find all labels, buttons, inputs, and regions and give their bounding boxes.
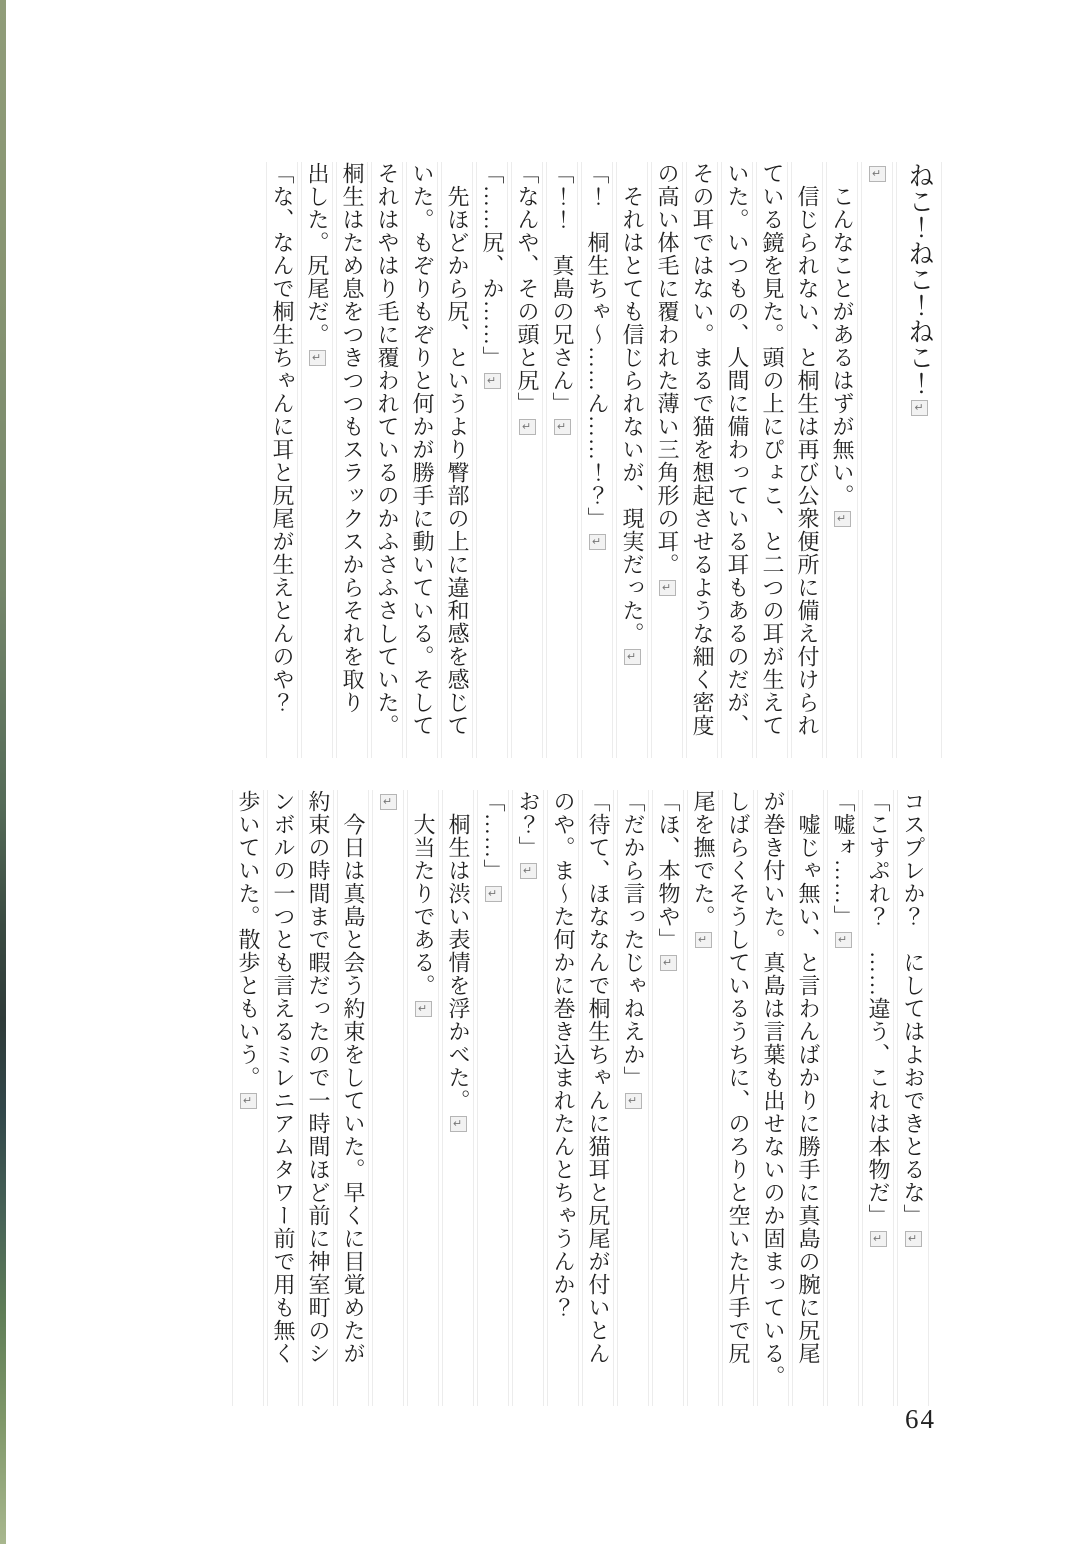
paragraph-mark-icon: ↵ bbox=[309, 350, 326, 366]
paragraph-mark-icon: ↵ bbox=[625, 1093, 642, 1109]
column-text: こんなことがあるはずが無い。 bbox=[830, 162, 855, 507]
text-column: ている鏡を見た。頭の上にぴょこ、と二つの耳が生えて bbox=[756, 162, 788, 758]
column-text: 「こすぷれ？ ……違う、これは本物だ」 bbox=[866, 790, 891, 1227]
column-text: 歩いていた。散歩ともいう。 bbox=[236, 790, 261, 1089]
text-column: 出した。尻尾だ。↵ bbox=[301, 162, 333, 758]
column-text: コスプレか？ にしてはよおできとるな」 bbox=[901, 790, 926, 1227]
paragraph-mark-icon: ↵ bbox=[660, 955, 677, 971]
story-title-text: ねこ！ねこ！ねこ！ bbox=[905, 162, 934, 396]
top-text-band: ねこ！ねこ！ねこ！↵↵ こんなことがあるはずが無い。↵ 信じられない、と桐生は再… bbox=[263, 162, 945, 758]
text-column: いた。もぞりもぞりと何かが勝手に動いている。そして bbox=[406, 162, 438, 758]
paragraph-mark-icon: ↵ bbox=[911, 400, 928, 416]
text-column: その耳ではない。まるで猫を想起させるような細く密度 bbox=[686, 162, 718, 758]
text-column: 約束の時間まで暇だったので一時間ほど前に神室町のシ bbox=[302, 790, 334, 1406]
text-column: 「！！ 真島の兄さん」↵ bbox=[546, 162, 578, 758]
column-text: の高い体毛に覆われた薄い三角形の耳。 bbox=[655, 162, 680, 576]
text-column: 「ほ、本物や」↵ bbox=[652, 790, 684, 1406]
column-text: 大当たりである。 bbox=[411, 790, 436, 997]
column-text: お？」 bbox=[516, 790, 541, 859]
paragraph-mark-icon: ↵ bbox=[905, 1231, 922, 1247]
text-column: コスプレか？ にしてはよおできとるな」↵ bbox=[897, 790, 929, 1406]
bottom-text-band: コスプレか？ にしてはよおできとるな」↵「こすぷれ？ ……違う、これは本物だ」↵… bbox=[229, 790, 932, 1406]
column-text: 「なんや、その頭と尻」 bbox=[515, 162, 540, 415]
column-text: いた。もぞりもぞりと何かが勝手に動いている。そして bbox=[410, 162, 435, 737]
paragraph-mark-icon: ↵ bbox=[589, 534, 606, 550]
column-text: 「……尻、か……」 bbox=[480, 162, 505, 369]
paragraph-mark-icon: ↵ bbox=[834, 511, 851, 527]
text-column: 嘘じゃ無い、と言わんばかりに勝手に真島の腕に尻尾 bbox=[792, 790, 824, 1406]
column-text: それはとても信じられないが、現実だった。 bbox=[620, 162, 645, 645]
background-edge-strip bbox=[0, 0, 6, 1544]
paragraph-mark-icon: ↵ bbox=[240, 1093, 257, 1109]
column-text: 「だから言ったじゃねえか」 bbox=[621, 790, 646, 1089]
column-text: 「！ 桐生ちゃ～……ん……！？」 bbox=[585, 162, 610, 530]
column-text: 先ほどから尻、というより臀部の上に違和感を感じて bbox=[445, 162, 470, 737]
text-column: 「待て、ほななんで桐生ちゃんに猫耳と尻尾が付いとん bbox=[582, 790, 614, 1406]
column-text: 「嘘ォ……」 bbox=[831, 790, 856, 928]
text-column: それはやはり毛に覆われているのかふさふさしていた。 bbox=[371, 162, 403, 758]
text-column: こんなことがあるはずが無い。↵ bbox=[826, 162, 858, 758]
column-text: 桐生は渋い表情を浮かべた。 bbox=[446, 790, 471, 1112]
text-column: ンボルの一つとも言えるミレニアムタワー前で用も無く bbox=[267, 790, 299, 1406]
text-column: 桐生はため息をつきつつもスラックスからそれを取り bbox=[336, 162, 368, 758]
column-text: ている鏡を見た。頭の上にぴょこ、と二つの耳が生えて bbox=[760, 162, 785, 737]
column-text: それはやはり毛に覆われているのかふさふさしていた。 bbox=[375, 162, 400, 737]
text-column: の高い体毛に覆われた薄い三角形の耳。↵ bbox=[651, 162, 683, 758]
paragraph-mark-icon: ↵ bbox=[695, 932, 712, 948]
empty-column: ↵ bbox=[861, 162, 893, 758]
column-text: が巻き付いた。真島は言葉も出せないのか固まっている。 bbox=[761, 790, 786, 1388]
column-text: 「！！ 真島の兄さん」 bbox=[550, 162, 575, 415]
document-page: { "page": { "title": "ねこ！ねこ！ねこ！", "page_… bbox=[0, 0, 1090, 1544]
column-text: 「……」 bbox=[481, 790, 506, 882]
paragraph-mark-icon: ↵ bbox=[380, 794, 397, 810]
paragraph-mark-icon: ↵ bbox=[485, 886, 502, 902]
text-column: 「！ 桐生ちゃ～……ん……！？」↵ bbox=[581, 162, 613, 758]
paragraph-mark-icon: ↵ bbox=[659, 580, 676, 596]
text-column: 桐生は渋い表情を浮かべた。↵ bbox=[442, 790, 474, 1406]
paragraph-mark-icon: ↵ bbox=[520, 863, 537, 879]
paragraph-mark-icon: ↵ bbox=[450, 1116, 467, 1132]
column-text: いた。いつもの、人間に備わっている耳もあるのだが、 bbox=[725, 162, 750, 737]
column-text: 信じられない、と桐生は再び公衆便所に備え付けられ bbox=[795, 162, 820, 737]
text-column: 「だから言ったじゃねえか」↵ bbox=[617, 790, 649, 1406]
paragraph-mark-icon: ↵ bbox=[835, 932, 852, 948]
paragraph-mark-icon: ↵ bbox=[870, 1231, 887, 1247]
text-column: 「……」↵ bbox=[477, 790, 509, 1406]
column-text: 今日は真島と会う約束をしていた。早くに目覚めたが bbox=[341, 790, 366, 1365]
paragraph-mark-icon: ↵ bbox=[519, 419, 536, 435]
column-text: 「ほ、本物や」 bbox=[656, 790, 681, 951]
text-column: 尾を撫でた。↵ bbox=[687, 790, 719, 1406]
text-column: 今日は真島と会う約束をしていた。早くに目覚めたが bbox=[337, 790, 369, 1406]
paragraph-mark-icon: ↵ bbox=[624, 649, 641, 665]
paragraph-mark-icon: ↵ bbox=[869, 166, 886, 182]
text-column: のや。ま～た何かに巻き込まれたんとちゃうんか？ bbox=[547, 790, 579, 1406]
text-column: 「嘘ォ……」↵ bbox=[827, 790, 859, 1406]
page-number: 64 bbox=[905, 1404, 936, 1435]
text-column: しばらくそうしているうちに、のろりと空いた片手で尻 bbox=[722, 790, 754, 1406]
text-column: いた。いつもの、人間に備わっている耳もあるのだが、 bbox=[721, 162, 753, 758]
column-text: 約束の時間まで暇だったので一時間ほど前に神室町のシ bbox=[306, 790, 331, 1365]
paragraph-mark-icon: ↵ bbox=[484, 373, 501, 389]
text-column: 「……尻、か……」↵ bbox=[476, 162, 508, 758]
column-text: のや。ま～た何かに巻き込まれたんとちゃうんか？ bbox=[551, 790, 576, 1319]
column-text: 尾を撫でた。 bbox=[691, 790, 716, 928]
text-column: 先ほどから尻、というより臀部の上に違和感を感じて bbox=[441, 162, 473, 758]
text-column: 歩いていた。散歩ともいう。↵ bbox=[232, 790, 264, 1406]
column-text: 出した。尻尾だ。 bbox=[305, 162, 330, 346]
paragraph-mark-icon: ↵ bbox=[415, 1001, 432, 1017]
text-column: が巻き付いた。真島は言葉も出せないのか固まっている。 bbox=[757, 790, 789, 1406]
text-column: 「こすぷれ？ ……違う、これは本物だ」↵ bbox=[862, 790, 894, 1406]
text-column: それはとても信じられないが、現実だった。↵ bbox=[616, 162, 648, 758]
title-column: ねこ！ねこ！ねこ！↵ bbox=[896, 162, 942, 758]
text-column: 「なんや、その頭と尻」↵ bbox=[511, 162, 543, 758]
column-text: 「待て、ほななんで桐生ちゃんに猫耳と尻尾が付いとん bbox=[586, 790, 611, 1365]
paragraph-mark-icon: ↵ bbox=[554, 419, 571, 435]
text-column: 「な、なんで桐生ちゃんに耳と尻尾が生えとんのや？ bbox=[266, 162, 298, 758]
column-text: ンボルの一つとも言えるミレニアムタワー前で用も無く bbox=[271, 790, 296, 1365]
column-text: 嘘じゃ無い、と言わんばかりに勝手に真島の腕に尻尾 bbox=[796, 790, 821, 1365]
column-text: 「な、なんで桐生ちゃんに耳と尻尾が生えとんのや？ bbox=[270, 162, 295, 714]
column-text: その耳ではない。まるで猫を想起させるような細く密度 bbox=[690, 162, 715, 737]
text-column: 大当たりである。↵ bbox=[407, 790, 439, 1406]
text-column: 信じられない、と桐生は再び公衆便所に備え付けられ bbox=[791, 162, 823, 758]
empty-column: ↵ bbox=[372, 790, 404, 1406]
column-text: 桐生はため息をつきつつもスラックスからそれを取り bbox=[340, 162, 365, 714]
text-column: お？」↵ bbox=[512, 790, 544, 1406]
column-text: しばらくそうしているうちに、のろりと空いた片手で尻 bbox=[726, 790, 751, 1365]
